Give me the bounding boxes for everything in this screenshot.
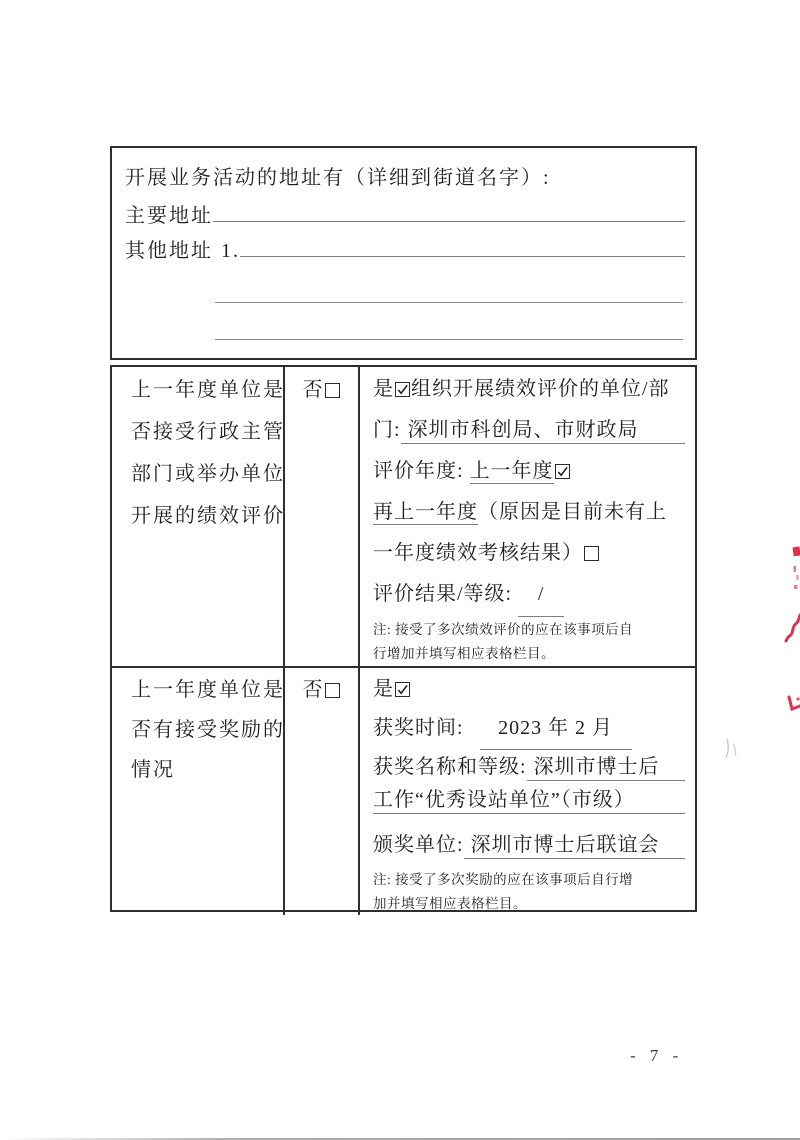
address-title: 开展业务活动的地址有（详细到街道名字）: <box>125 161 551 190</box>
evaluation-year-line: 评价年度: 上一年度 <box>373 451 685 492</box>
award-yes-line: 是 <box>373 670 685 709</box>
evaluation-row: 上一年度单位是 否接受行政主管 部门或举办单位 开展的绩效评价 否 是组织开展绩… <box>112 367 695 668</box>
evaluation-org-line: 门: 深圳市科创局、市财政局 <box>373 410 685 451</box>
primary-address-row: 主要地址 <box>125 203 685 229</box>
award-issuer-line: 颁奖单位: 深圳市博士后联谊会 <box>373 826 685 865</box>
award-no-cell: 否 <box>285 668 360 915</box>
alt-year-label: 再上一年度 <box>373 501 478 525</box>
checkbox-unchecked-icon <box>325 383 340 398</box>
evaluation-yes-line: 是组织开展绩效评价的单位/部 <box>373 369 685 410</box>
year-label: 评价年度: <box>373 460 464 482</box>
checkbox-unchecked-icon <box>584 546 599 561</box>
evaluation-no-cell: 否 <box>285 367 360 666</box>
question-line: 否接受行政主管 <box>131 411 277 453</box>
other-address-index: 1. <box>221 238 240 264</box>
question-line: 否有接受奖励的 <box>131 710 277 750</box>
question-line: 开展的绩效评价 <box>131 495 277 537</box>
blank-address-line <box>215 282 683 303</box>
checkbox-checked-icon <box>395 382 410 397</box>
award-time-line: 获奖时间: 2023 年 2 月 <box>373 709 685 748</box>
evaluation-detail-cell: 是组织开展绩效评价的单位/部 门: 深圳市科创局、市财政局 评价年度: 上一年度… <box>360 367 695 666</box>
result-value-field: / <box>518 574 564 617</box>
alt-year-reason: （原因是目前未有上 <box>478 501 667 523</box>
award-name-field-continued: 工作“优秀设站单位”（市级） <box>373 787 685 814</box>
note-line: 加并填写相应表格栏目。 <box>373 892 685 916</box>
award-time-field: 2023 年 2 月 <box>480 709 632 750</box>
award-question-cell: 上一年度单位是 否有接受奖励的 情况 <box>112 668 285 915</box>
primary-address-label: 主要地址 <box>125 203 213 229</box>
primary-address-field <box>213 221 685 222</box>
note-line: 注: 接受了多次绩效评价的应在该事项后自 <box>373 618 685 642</box>
note-line: 行增加并填写相应表格栏目。 <box>373 642 685 666</box>
evaluation-result-line: 评价结果/等级: / <box>373 574 685 615</box>
question-line: 情况 <box>131 750 277 790</box>
result-label: 评价结果/等级: <box>373 583 512 605</box>
award-note: 注: 接受了多次奖励的应在该事项后自行增 加并填写相应表格栏目。 <box>373 868 685 915</box>
award-issuer-field: 深圳市博士后联谊会 <box>464 832 685 859</box>
award-name-line2: 工作“优秀设站单位”（市级） <box>373 787 685 826</box>
note-line: 注: 接受了多次奖励的应在该事项后自行增 <box>373 868 685 892</box>
page-number: - 7 - <box>630 1046 683 1066</box>
org-text: 组织开展绩效评价的单位/部 <box>411 378 670 400</box>
org-value-field: 深圳市科创局、市财政局 <box>401 417 685 444</box>
no-label: 否 <box>303 379 324 401</box>
award-name-label: 获奖名称和等级: <box>373 748 527 787</box>
award-issuer-label: 颁奖单位: <box>373 826 464 865</box>
no-label: 否 <box>303 679 324 701</box>
red-ink-edge-marks <box>700 520 800 780</box>
checkbox-checked-icon <box>555 464 570 479</box>
alt-year-reason-continued: 一年度绩效考核结果） <box>373 542 583 564</box>
award-name-line: 获奖名称和等级: 深圳市博士后 <box>373 748 685 787</box>
yes-label: 是 <box>373 378 394 400</box>
blank-address-line <box>215 319 683 340</box>
question-line: 部门或举办单位 <box>131 453 277 495</box>
status-table: 上一年度单位是 否接受行政主管 部门或举办单位 开展的绩效评价 否 是组织开展绩… <box>110 365 697 912</box>
other-address-field <box>240 256 685 257</box>
evaluation-question-cell: 上一年度单位是 否接受行政主管 部门或举办单位 开展的绩效评价 <box>112 367 285 666</box>
question-line: 上一年度单位是 <box>131 670 277 710</box>
evaluation-alt-year-line: 再上一年度（原因是目前未有上 <box>373 492 685 533</box>
evaluation-note: 注: 接受了多次绩效评价的应在该事项后自 行增加并填写相应表格栏目。 <box>373 618 685 665</box>
other-address-row: 其他地址 1. <box>125 238 685 264</box>
other-address-label: 其他地址 <box>125 238 213 264</box>
evaluation-alt-year-line2: 一年度绩效考核结果） <box>373 533 685 574</box>
award-time-label: 获奖时间: <box>373 717 464 739</box>
award-detail-cell: 是 获奖时间: 2023 年 2 月 获奖名称和等级: 深圳市博士后 工作“优秀… <box>360 668 695 915</box>
checkbox-unchecked-icon <box>325 683 340 698</box>
question-line: 上一年度单位是 <box>131 369 277 411</box>
address-table: 开展业务活动的地址有（详细到街道名字）: 主要地址 其他地址 1. <box>110 146 697 360</box>
yes-label: 是 <box>373 678 394 700</box>
checkbox-checked-icon <box>395 682 410 697</box>
year-value: 上一年度 <box>470 460 554 484</box>
org-text-continued: 门: <box>373 410 401 451</box>
award-name-field: 深圳市博士后 <box>527 754 685 781</box>
award-row: 上一年度单位是 否有接受奖励的 情况 否 是 获奖时间: 2023 年 2 月 … <box>112 668 695 910</box>
scanned-form-page: 开展业务活动的地址有（详细到街道名字）: 主要地址 其他地址 1. 上一年度单位… <box>0 0 800 1140</box>
